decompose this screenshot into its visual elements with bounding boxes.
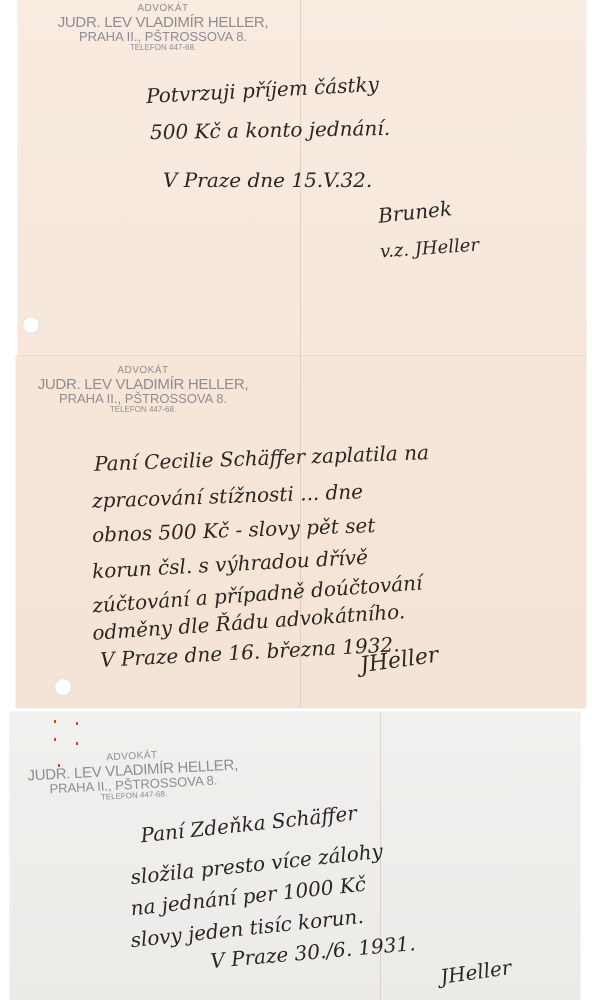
handwritten-line: Potvrzuji příjem částky xyxy=(146,72,380,108)
punch-hole xyxy=(22,316,40,334)
signature: JHeller xyxy=(439,955,513,989)
stamp-address: PRAHA II., PŠTROSSOVA 8. xyxy=(28,392,258,406)
handwritten-line: 500 Kč a konto jednání. xyxy=(150,116,390,144)
letterhead-stamp: ADVOKÁT JUDR. LEV VLADIMÍR HELLER, PRAHA… xyxy=(48,4,278,52)
stamp-title: ADVOKÁT xyxy=(28,366,258,377)
signature: v.z. JHeller xyxy=(379,235,479,263)
stamp-phone: TELEFON 447-68. xyxy=(48,44,278,52)
handwritten-line: Paní Cecilie Schäffer zaplatila na xyxy=(94,440,430,476)
signature: Brunek xyxy=(377,196,453,228)
letterhead-stamp: ADVOKÁT JUDR. LEV VLADIMÍR HELLER, PRAHA… xyxy=(28,366,258,414)
punch-hole xyxy=(54,678,72,696)
handwritten-line: obnos 500 Kč - slovy pět set xyxy=(92,513,376,547)
stamp-phone: TELEFON 447-68. xyxy=(28,406,258,414)
document-sheet-3: ADVOKÁT JUDR. LEV VLADIMÍR HELLER, PRAHA… xyxy=(10,712,580,1000)
stamp-title: ADVOKÁT xyxy=(48,4,278,15)
stamp-address: PRAHA II., PŠTROSSOVA 8. xyxy=(48,30,278,44)
handwritten-line: V Praze dne 15.V.32. xyxy=(163,168,372,192)
document-sheet-2: ADVOKÁT JUDR. LEV VLADIMÍR HELLER, PRAHA… xyxy=(16,356,586,708)
document-sheet-1: ADVOKÁT JUDR. LEV VLADIMÍR HELLER, PRAHA… xyxy=(18,0,586,362)
handwritten-line: Paní Zdeňka Schäffer xyxy=(139,801,358,848)
handwritten-line: zpracování stížnosti ... dne xyxy=(92,479,364,512)
letterhead-stamp: ADVOKÁT JUDR. LEV VLADIMÍR HELLER, PRAHA… xyxy=(17,746,249,806)
stamp-name: JUDR. LEV VLADIMÍR HELLER, xyxy=(48,15,278,31)
stamp-name: JUDR. LEV VLADIMÍR HELLER, xyxy=(28,377,258,393)
